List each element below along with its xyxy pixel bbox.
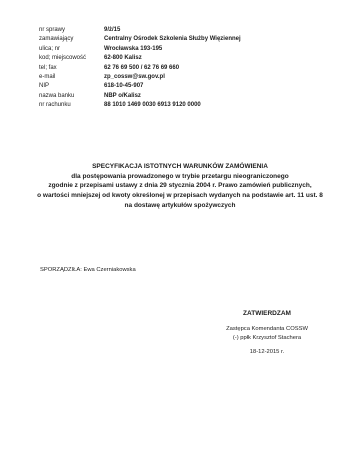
siwz-title-line-2: dla postępowania prowadzonego w trybie p… bbox=[0, 172, 360, 182]
field-label: nr rachunku bbox=[39, 101, 104, 110]
row-bank-name: nazwa banku NBP o/Kalisz bbox=[39, 92, 241, 101]
field-value: 9/ż/15 bbox=[104, 26, 120, 35]
row-street: ulica; nr Wrocławska 193-195 bbox=[39, 45, 241, 54]
row-tel-fax: tel; fax 62 76 69 500 / 62 76 69 660 bbox=[39, 64, 241, 73]
field-value: 62-800 Kalisz bbox=[104, 54, 142, 63]
siwz-title-line-1: SPECYFIKACJA ISTOTNYCH WARUNKÓW ZAMÓWIEN… bbox=[0, 162, 360, 172]
field-label: zamawiający bbox=[39, 35, 104, 44]
prepared-by-line: SPORZĄDZIŁA: Ewa Czerniakowska bbox=[40, 267, 136, 273]
field-value: zp_cossw@sw.gov.pl bbox=[104, 73, 165, 82]
siwz-title-line-5: na dostawę artykułów spożywczych bbox=[0, 201, 360, 211]
field-label: NIP bbox=[39, 82, 104, 91]
field-value: Wrocławska 193-195 bbox=[104, 45, 162, 54]
row-postal-city: kod; miejscowość 62-800 Kalisz bbox=[39, 54, 241, 63]
approval-signature-name: (-) ppłk Krzysztof Stachera bbox=[197, 334, 337, 343]
approval-date: 18-12-2015 r. bbox=[197, 348, 337, 357]
field-value: Centralny Ośrodek Szkolenia Służby Więzi… bbox=[104, 35, 241, 44]
row-case-number: nr sprawy 9/ż/15 bbox=[39, 26, 241, 35]
row-email: e-mail zp_cossw@sw.gov.pl bbox=[39, 73, 241, 82]
siwz-title-line-4: o wartości mniejszej od kwoty określonej… bbox=[0, 191, 360, 201]
field-label: tel; fax bbox=[39, 64, 104, 73]
field-label: kod; miejscowość bbox=[39, 54, 104, 63]
field-value: 618-10-45-907 bbox=[104, 82, 143, 91]
document-page: nr sprawy 9/ż/15 zamawiający Centralny O… bbox=[0, 0, 360, 466]
row-account-number: nr rachunku 88 1010 1469 0030 6913 9120 … bbox=[39, 101, 241, 110]
field-value: NBP o/Kalisz bbox=[104, 92, 141, 101]
contracting-authority-table: nr sprawy 9/ż/15 zamawiający Centralny O… bbox=[39, 26, 241, 111]
row-ordering-party: zamawiający Centralny Ośrodek Szkolenia … bbox=[39, 35, 241, 44]
siwz-title-line-3: zgodnie z przepisami ustawy z dnia 29 st… bbox=[0, 181, 360, 191]
field-label: e-mail bbox=[39, 73, 104, 82]
field-label: nazwa banku bbox=[39, 92, 104, 101]
approval-block: ZATWIERDZAM Zastępca Komendanta COSSW (-… bbox=[197, 309, 337, 357]
approval-signature-title: Zastępca Komendanta COSSW bbox=[197, 325, 337, 334]
approval-heading: ZATWIERDZAM bbox=[197, 309, 337, 318]
siwz-title-block: SPECYFIKACJA ISTOTNYCH WARUNKÓW ZAMÓWIEN… bbox=[0, 162, 360, 211]
row-nip: NIP 618-10-45-907 bbox=[39, 82, 241, 91]
field-value: 88 1010 1469 0030 6913 9120 0000 bbox=[104, 101, 201, 110]
field-value: 62 76 69 500 / 62 76 69 660 bbox=[104, 64, 179, 73]
field-label: ulica; nr bbox=[39, 45, 104, 54]
field-label: nr sprawy bbox=[39, 26, 104, 35]
